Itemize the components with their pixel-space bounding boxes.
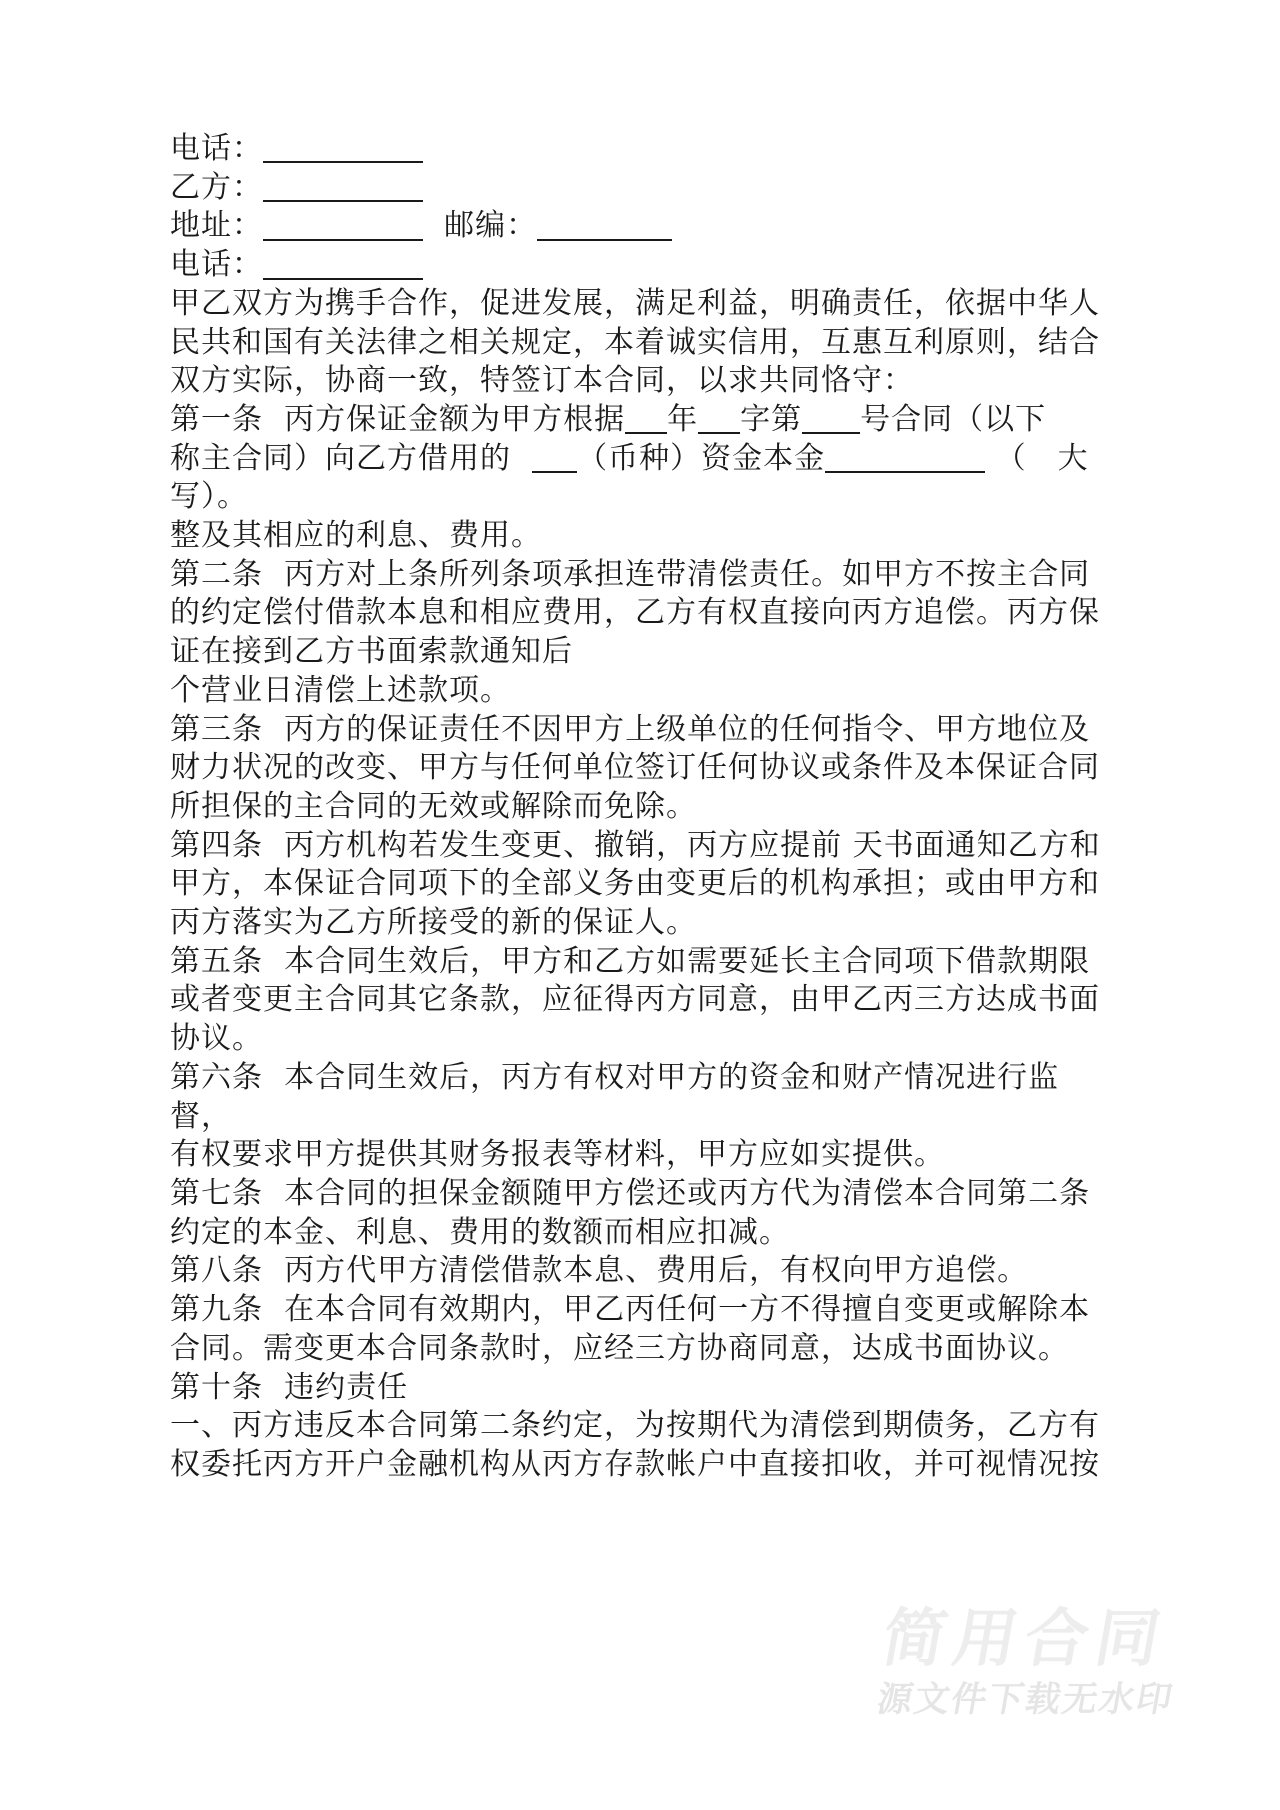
text-run: 约定的本金、利息、费用的数额而相应扣减。	[170, 1215, 790, 1250]
blank-field	[263, 175, 423, 203]
text-run: 第一条 丙方保证金额为甲方根据	[170, 402, 625, 437]
watermark-tagline-text: 源文件下载无水印	[874, 1672, 1179, 1722]
text-run: 整及其相应的利息、费用。	[170, 518, 542, 553]
document-line: 电话：	[170, 246, 1120, 285]
document-line: 第六条 本合同生效后，丙方有权对甲方的资金和财产情况进行监督，	[170, 1059, 1120, 1136]
text-run: 邮编：	[423, 208, 537, 243]
text-run: 一、丙方违反本合同第二条约定，为按期代为清偿到期债务，乙方有	[170, 1408, 1100, 1443]
document-line: 地址： 邮编：	[170, 207, 1120, 246]
document-line: 整及其相应的利息、费用。	[170, 517, 1120, 556]
text-run: 地址：	[170, 208, 263, 243]
watermark-brand-text: 简用合同	[876, 1588, 1176, 1679]
blank-field	[263, 213, 423, 241]
document-line: 第七条 本合同的担保金额随甲方偿还或丙方代为清偿本合同第二条	[170, 1175, 1120, 1214]
text-run: 第七条 本合同的担保金额随甲方偿还或丙方代为清偿本合同第二条	[170, 1176, 1090, 1211]
document-line: 第一条 丙方保证金额为甲方根据年字第号合同（以下	[170, 401, 1120, 440]
text-run: 第九条 在本合同有效期内，甲乙丙任何一方不得擅自变更或解除本	[170, 1292, 1090, 1327]
text-run: （币种）资金本金	[577, 441, 825, 476]
text-run: 双方实际，协商一致，特签订本合同，以求共同恪守：	[170, 363, 914, 398]
text-run: 所担保的主合同的无效或解除而免除。	[170, 789, 697, 824]
blank-field	[537, 213, 672, 241]
text-run: 的约定偿付借款本息和相应费用，乙方有权直接向丙方追偿。丙方保	[170, 595, 1100, 630]
text-run: （ 大	[985, 441, 1089, 476]
document-line: 有权要求甲方提供其财务报表等材料，甲方应如实提供。	[170, 1136, 1120, 1175]
text-run: 称主合同）向乙方借用的	[170, 441, 532, 476]
document-line: 的约定偿付借款本息和相应费用，乙方有权直接向丙方追偿。丙方保	[170, 594, 1120, 633]
document-line: 权委托丙方开户金融机构从丙方存款帐户中直接扣收，并可视情况按	[170, 1446, 1120, 1485]
document-line: 第五条 本合同生效后，甲方和乙方如需要延长主合同项下借款期限	[170, 943, 1120, 982]
text-run: 第八条 丙方代甲方清偿借款本息、费用后，有权向甲方追偿。	[170, 1253, 1028, 1288]
document-line: 电话：	[170, 130, 1120, 169]
text-run: 甲乙双方为携手合作，促进发展，满足利益，明确责任，依据中华人	[170, 286, 1100, 321]
blank-field	[802, 407, 860, 435]
blank-field	[263, 136, 423, 164]
document-line: 第九条 在本合同有效期内，甲乙丙任何一方不得擅自变更或解除本	[170, 1291, 1120, 1330]
text-run: 第四条 丙方机构若发生变更、撤销，丙方应提前 天书面通知乙方和	[170, 828, 1101, 863]
blank-field	[825, 446, 985, 474]
document-line: 或者变更主合同其它条款，应征得丙方同意，由甲乙丙三方达成书面	[170, 981, 1120, 1020]
text-run: 丙方落实为乙方所接受的新的保证人。	[170, 905, 697, 940]
text-run: 号合同（以下	[860, 402, 1046, 437]
document-line: 所担保的主合同的无效或解除而免除。	[170, 788, 1120, 827]
document-line: 乙方：	[170, 169, 1120, 208]
text-run: 协议。	[170, 1021, 263, 1056]
document-line: 双方实际，协商一致，特签订本合同，以求共同恪守：	[170, 362, 1120, 401]
blank-field	[263, 252, 423, 280]
blank-field	[698, 407, 740, 435]
document-line: 合同。需变更本合同条款时，应经三方协商同意，达成书面协议。	[170, 1330, 1120, 1369]
text-run: 证在接到乙方书面索款通知后	[170, 634, 573, 669]
text-run: 有权要求甲方提供其财务报表等材料，甲方应如实提供。	[170, 1137, 945, 1172]
document-line: 甲方，本保证合同项下的全部义务由变更后的机构承担；或由甲方和	[170, 865, 1120, 904]
text-run: 权委托丙方开户金融机构从丙方存款帐户中直接扣收，并可视情况按	[170, 1447, 1100, 1482]
document-line: 第十条 违约责任	[170, 1369, 1120, 1408]
document-line: 写）。	[170, 478, 1120, 517]
document-line: 个营业日清偿上述款项。	[170, 672, 1120, 711]
text-run: 年	[667, 402, 698, 437]
text-run: 电话：	[170, 247, 263, 282]
document-line: 第八条 丙方代甲方清偿借款本息、费用后，有权向甲方追偿。	[170, 1252, 1120, 1291]
text-run: 个营业日清偿上述款项。	[170, 673, 511, 708]
text-run: 电话：	[170, 131, 263, 166]
document-line: 民共和国有关法律之相关规定，本着诚实信用，互惠互利原则，结合	[170, 324, 1120, 363]
document-line: 第二条 丙方对上条所列条项承担连带清偿责任。如甲方不按主合同	[170, 556, 1120, 595]
contract-document-body: 电话：乙方：地址： 邮编：电话：甲乙双方为携手合作，促进发展，满足利益，明确责任…	[170, 130, 1120, 1485]
document-line: 一、丙方违反本合同第二条约定，为按期代为清偿到期债务，乙方有	[170, 1407, 1120, 1446]
document-line: 丙方落实为乙方所接受的新的保证人。	[170, 904, 1120, 943]
document-line: 协议。	[170, 1020, 1120, 1059]
text-run: 写）。	[170, 479, 248, 514]
text-run: 第五条 本合同生效后，甲方和乙方如需要延长主合同项下借款期限	[170, 944, 1090, 979]
text-run: 乙方：	[170, 170, 263, 205]
document-line: 财力状况的改变、甲方与任何单位签订任何协议或条件及本保证合同	[170, 749, 1120, 788]
text-run: 字第	[740, 402, 802, 437]
text-run: 民共和国有关法律之相关规定，本着诚实信用，互惠互利原则，结合	[170, 325, 1100, 360]
document-line: 甲乙双方为携手合作，促进发展，满足利益，明确责任，依据中华人	[170, 285, 1120, 324]
text-run: 第三条 丙方的保证责任不因甲方上级单位的任何指令、甲方地位及	[170, 712, 1090, 747]
document-line: 证在接到乙方书面索款通知后	[170, 633, 1120, 672]
text-run: 第六条 本合同生效后，丙方有权对甲方的资金和财产情况进行监督，	[170, 1060, 1059, 1134]
text-run: 甲方，本保证合同项下的全部义务由变更后的机构承担；或由甲方和	[170, 866, 1100, 901]
blank-field	[532, 446, 577, 474]
blank-field	[625, 407, 667, 435]
document-line: 约定的本金、利息、费用的数额而相应扣减。	[170, 1214, 1120, 1253]
text-run: 或者变更主合同其它条款，应征得丙方同意，由甲乙丙三方达成书面	[170, 982, 1100, 1017]
document-line: 称主合同）向乙方借用的 （币种）资金本金 （ 大	[170, 440, 1120, 479]
text-run: 财力状况的改变、甲方与任何单位签订任何协议或条件及本保证合同	[170, 750, 1100, 785]
text-run: 合同。需变更本合同条款时，应经三方协商同意，达成书面协议。	[170, 1331, 1069, 1366]
text-run: 第十条 违约责任	[170, 1370, 408, 1405]
document-line: 第四条 丙方机构若发生变更、撤销，丙方应提前 天书面通知乙方和	[170, 827, 1120, 866]
document-line: 第三条 丙方的保证责任不因甲方上级单位的任何指令、甲方地位及	[170, 711, 1120, 750]
text-run: 第二条 丙方对上条所列条项承担连带清偿责任。如甲方不按主合同	[170, 557, 1090, 592]
